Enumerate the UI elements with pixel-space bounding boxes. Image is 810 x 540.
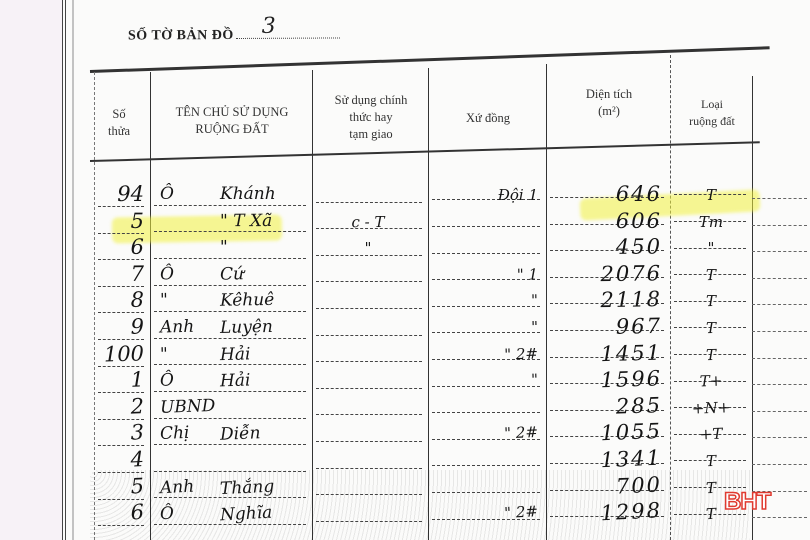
header-so-thua-line1: Số	[94, 106, 144, 123]
row-rule	[154, 258, 306, 259]
parcel-number: 2	[98, 394, 145, 420]
owner-name: Luyện	[220, 316, 310, 338]
row-rule	[154, 418, 306, 419]
margin-rule	[752, 437, 807, 438]
margin-rule	[752, 278, 807, 279]
margin-rule	[752, 251, 807, 252]
row-rule	[154, 338, 306, 339]
owner-title: UBND	[160, 396, 211, 418]
header-so-thua-line2: thửa	[94, 123, 144, 140]
row-rule	[316, 361, 422, 362]
row-rule	[316, 281, 422, 282]
land-area-value: 700	[551, 472, 662, 501]
sheet-number-field: 3	[236, 25, 340, 39]
land-type: T+	[676, 371, 747, 391]
usage-type: "	[318, 239, 418, 258]
field-area-name: Đội 1	[434, 186, 538, 204]
margin-rule	[752, 331, 807, 332]
margin-rule	[752, 464, 807, 465]
row-rule	[154, 471, 306, 472]
parcel-number: 100	[98, 341, 145, 366]
owner-name: Thắng	[220, 474, 311, 498]
row-rule	[316, 388, 422, 389]
land-type: +N+	[676, 398, 747, 418]
land-area-value: 2076	[552, 261, 662, 286]
parcel-number: 6	[97, 500, 144, 526]
row-rule	[316, 441, 422, 442]
header-dien-tich-line1: Diện tích	[548, 86, 670, 103]
owner-title: Anh	[160, 316, 210, 337]
header-ten-chu: TÊN CHỦ SỬ DỤNG RUỘNG ĐẤT	[152, 104, 312, 138]
margin-rule	[752, 358, 807, 359]
field-area-name: "	[434, 291, 538, 311]
field-area-name: " 2#	[434, 344, 538, 365]
row-rule	[432, 253, 540, 254]
owner-name: Kêhuê	[220, 290, 310, 312]
owner-name: Hải	[220, 342, 310, 364]
header-loai: Loại ruộng đất	[672, 96, 752, 130]
row-rule	[154, 444, 306, 445]
sheet-label-text: SỐ TỜ BẢN ĐỒ	[128, 28, 234, 44]
row-rule	[316, 202, 422, 203]
row-rule	[98, 206, 144, 207]
column-divider	[752, 76, 753, 540]
land-type: T	[676, 186, 746, 204]
owner-title: "	[160, 343, 211, 364]
margin-rule	[752, 225, 807, 226]
field-area-name: "	[434, 318, 538, 338]
land-type: Tm	[676, 212, 746, 230]
header-su-dung-line2: thức hay	[312, 109, 430, 126]
land-area-value: 450	[552, 235, 662, 260]
row-rule	[154, 311, 306, 312]
header-so-thua: Số thửa	[94, 106, 144, 140]
parcel-number: 4	[97, 447, 144, 473]
margin-rule	[752, 304, 807, 305]
header-dien-tich: Diện tích (m²)	[548, 86, 670, 120]
owner-name: " T Xã	[220, 210, 310, 230]
row-rule	[154, 231, 306, 232]
header-su-dung: Sử dụng chính thức hay tạm giao	[312, 92, 430, 143]
land-type: T	[676, 345, 746, 365]
sheet-number-value: 3	[262, 14, 277, 39]
row-rule	[154, 285, 306, 286]
land-area-value: 646	[552, 182, 662, 206]
land-area-value: 1341	[552, 446, 663, 475]
row-rule	[316, 335, 422, 336]
margin-rule	[752, 517, 807, 518]
parcel-number: 5	[98, 208, 144, 232]
header-dien-tich-line2: (m²)	[548, 103, 670, 120]
land-type: T	[676, 318, 746, 338]
row-rule	[432, 465, 540, 466]
land-type: +T	[676, 424, 747, 445]
land-type: T	[676, 265, 746, 284]
column-divider	[546, 64, 547, 540]
field-area-name: "	[434, 371, 539, 392]
parcel-number: 94	[98, 182, 144, 206]
land-type: T	[676, 292, 746, 311]
owner-title: Ô	[160, 502, 211, 525]
row-rule	[432, 226, 540, 227]
land-area-value: 1596	[552, 367, 663, 394]
row-rule	[316, 308, 422, 309]
row-rule	[154, 205, 306, 206]
owner-name: Khánh	[220, 184, 310, 204]
parcel-number: 9	[98, 315, 145, 340]
row-rule	[98, 259, 144, 260]
land-area-value: 2118	[552, 287, 662, 313]
header-ten-chu-line2: RUỘNG ĐẤT	[152, 121, 312, 138]
header-su-dung-line3: tạm giao	[312, 126, 430, 143]
field-area-name: " 1	[434, 265, 538, 284]
owner-title: Ô	[160, 369, 211, 391]
row-rule	[432, 492, 540, 493]
owner-name: "	[220, 237, 310, 258]
parcel-number: 1	[98, 367, 145, 392]
land-area-value: 1451	[552, 340, 663, 367]
owner-title: Ô	[160, 263, 210, 284]
land-type: T	[676, 450, 747, 471]
owner-title: "	[160, 290, 210, 311]
header-ten-chu-line1: TÊN CHỦ SỬ DỤNG	[152, 104, 312, 121]
land-area-value: 967	[552, 314, 662, 340]
header-loai-line1: Loại	[672, 96, 752, 113]
owner-title: Anh	[160, 475, 211, 497]
parcel-number: 6	[98, 235, 144, 259]
owner-title: Ô	[160, 184, 210, 204]
row-rule	[154, 391, 306, 392]
sheet-number-label: SỐ TỜ BẢN ĐỒ3	[128, 25, 340, 44]
bht-watermark-logo: BHT	[724, 488, 770, 516]
usage-type: c - T	[318, 212, 418, 230]
parcel-number: 7	[98, 261, 144, 286]
header-xu-dong: Xứ đồng	[430, 110, 546, 127]
land-area-value: 1055	[552, 419, 663, 447]
margin-rule	[752, 198, 807, 199]
row-rule	[98, 312, 144, 313]
column-divider	[670, 55, 671, 540]
parcel-number: 5	[97, 474, 144, 500]
row-rule	[316, 494, 422, 495]
land-type: "	[676, 239, 746, 258]
owner-title: Chị	[160, 422, 211, 444]
owner-name: Hải	[220, 369, 311, 392]
parcel-number: 8	[98, 288, 144, 313]
parcel-number: 3	[98, 420, 145, 446]
row-rule	[432, 412, 540, 413]
owner-name: Cứ	[220, 263, 310, 284]
row-rule	[316, 414, 422, 415]
header-loai-line2: ruộng đất	[672, 113, 752, 130]
margin-rule	[752, 411, 807, 412]
owner-name: Diễn	[220, 422, 311, 446]
margin-rule	[752, 384, 807, 385]
header-su-dung-line1: Sử dụng chính	[312, 92, 430, 109]
land-area-value: 285	[552, 393, 663, 421]
row-rule	[316, 468, 422, 469]
land-area-value: 606	[552, 208, 662, 232]
row-rule	[316, 521, 422, 522]
